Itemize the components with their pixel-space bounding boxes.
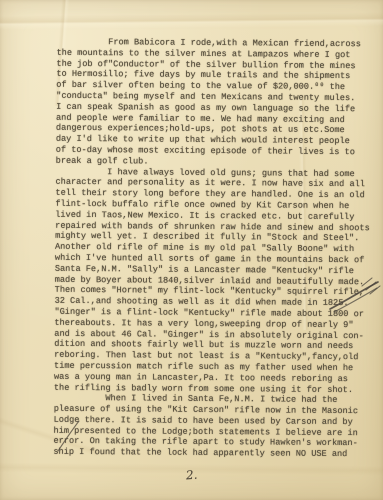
- document-page: From Babicora I rode,with a Mexican frie…: [0, 0, 383, 500]
- pencil-margin-mark-annotation: [328, 276, 383, 316]
- page-number: 2.: [186, 468, 198, 483]
- paper-crease-top: [0, 12, 383, 30]
- typed-line: ship I found that the lock had apparentl…: [53, 447, 371, 460]
- typed-text-block: From Babicora I rode,with a Mexican frie…: [53, 37, 374, 461]
- pencil-correction-slash-annotation: [50, 418, 86, 454]
